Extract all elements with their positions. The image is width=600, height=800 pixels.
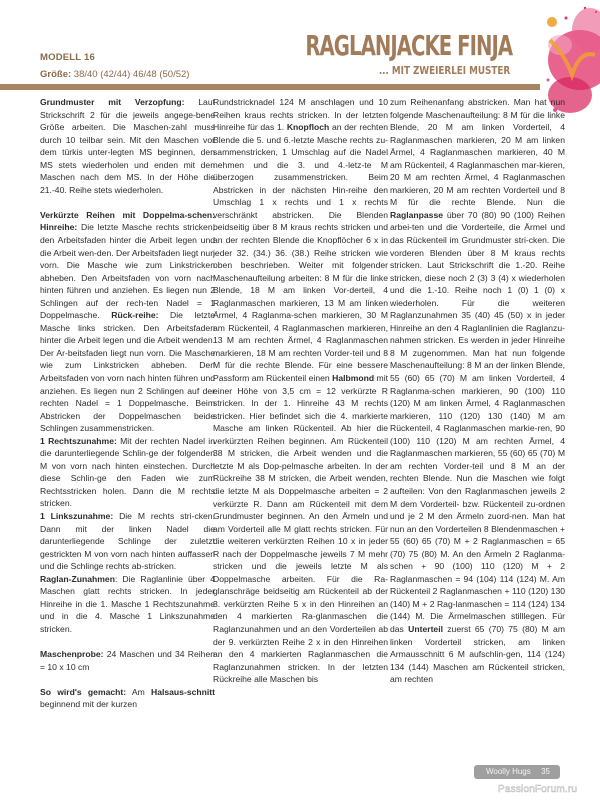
paragraph-rechtszunahme: 1 Rechtszunahme: Mit der rechten Nadel i… bbox=[40, 435, 215, 510]
paragraph-linkszunahme: 1 Linkszunahme: Die M rechts stri-cken. … bbox=[40, 510, 215, 573]
paragraph-instructions-continued: Rundstricknadel 124 M anschlagen und 10 … bbox=[213, 96, 388, 686]
body-text: Am bbox=[126, 687, 151, 697]
text-column-3: zum Reihenanfang abstricken. Man hat nun… bbox=[390, 96, 565, 686]
text-column-1: Grundmuster mit Verzopfung: Laut Stricks… bbox=[40, 96, 215, 711]
body-text: Die letzte Masche rechts stricken, den A… bbox=[40, 222, 215, 320]
heading-rechtszunahme: 1 Rechtszunahme: bbox=[40, 436, 117, 446]
header-divider bbox=[0, 84, 540, 90]
page-title: RAGLANJACKE FINJA bbox=[305, 30, 512, 62]
keyword-halbmond: Halbmond bbox=[332, 373, 374, 383]
body-text: zum Reihenanfang abstricken. Man hat nun… bbox=[390, 97, 565, 207]
keyword-unterteil: Unterteil bbox=[408, 624, 443, 634]
body-text: Mit der rechten Nadel in die darunterlie… bbox=[40, 436, 215, 509]
body-text: an der rechten Blende die 5. und 6.-letz… bbox=[213, 122, 388, 383]
magazine-name: Woolly Hugs bbox=[486, 767, 531, 776]
keyword-raglanpasse: Raglanpasse bbox=[390, 210, 443, 220]
footer-page-badge: Woolly Hugs35 bbox=[474, 765, 560, 779]
size-label: Größe: bbox=[40, 69, 71, 80]
keyword-knopfloch: Knopfloch bbox=[287, 122, 329, 132]
page-number: 35 bbox=[541, 765, 550, 779]
heading-so-wirds-gemacht: So wird's gemacht: bbox=[40, 687, 126, 697]
body-text: über 70 (80) 90 (100) Reihen arbei-ten u… bbox=[390, 210, 565, 634]
size-line: Größe: 38/40 (42/44) 46/48 (50/52) bbox=[40, 69, 189, 80]
paragraph-so-wirds-gemacht: So wird's gemacht: Am Halsaus-schnitt be… bbox=[40, 686, 215, 711]
size-value: 38/40 (42/44) 46/48 (50/52) bbox=[71, 69, 189, 80]
watermark: PassionForum.ru bbox=[498, 784, 577, 795]
heading-rueckreihe: Rück-reihe: bbox=[111, 310, 158, 320]
paragraph-grundmuster: Grundmuster mit Verzopfung: Laut Stricks… bbox=[40, 96, 215, 196]
text-column-2: Rundstricknadel 124 M anschlagen und 10 … bbox=[213, 96, 388, 686]
model-number: MODELL 16 bbox=[40, 52, 95, 63]
heading-linkszunahme: 1 Linkszunahme: bbox=[40, 511, 113, 521]
paragraph-raglan-zunahmen: Raglan-Zunahmen: Die Raglanlinie über 4 … bbox=[40, 573, 215, 636]
paragraph-maschenprobe: Maschenprobe: 24 Maschen und 34 Reihen =… bbox=[40, 648, 215, 673]
page-subtitle: ... MIT ZWEIERLEI MUSTER bbox=[379, 64, 510, 77]
paragraph-verkuerzte-reihen: Verkürzte Reihen mit Doppelma-schen: Hin… bbox=[40, 209, 215, 435]
body-text: Die letzte Masche links stricken. Den Ar… bbox=[40, 310, 215, 433]
body-text: beginnend mit der kurzen bbox=[40, 699, 137, 709]
heading-raglan-zunahmen: Raglan-Zunahmen bbox=[40, 574, 115, 584]
heading-maschenprobe: Maschenprobe: bbox=[40, 649, 104, 659]
heading-halsausschnitt: Halsaus-schnitt bbox=[151, 687, 215, 697]
body-text: mit einer Höhe von 3,5 cm = 12 verkürzte… bbox=[213, 373, 388, 684]
paragraph-instructions-continued: zum Reihenanfang abstricken. Man hat nun… bbox=[390, 96, 565, 686]
heading-grundmuster: Grundmuster mit Verzopfung: bbox=[40, 97, 185, 107]
body-text: Laut Strickschrift 2 für die jeweils ang… bbox=[40, 97, 215, 195]
